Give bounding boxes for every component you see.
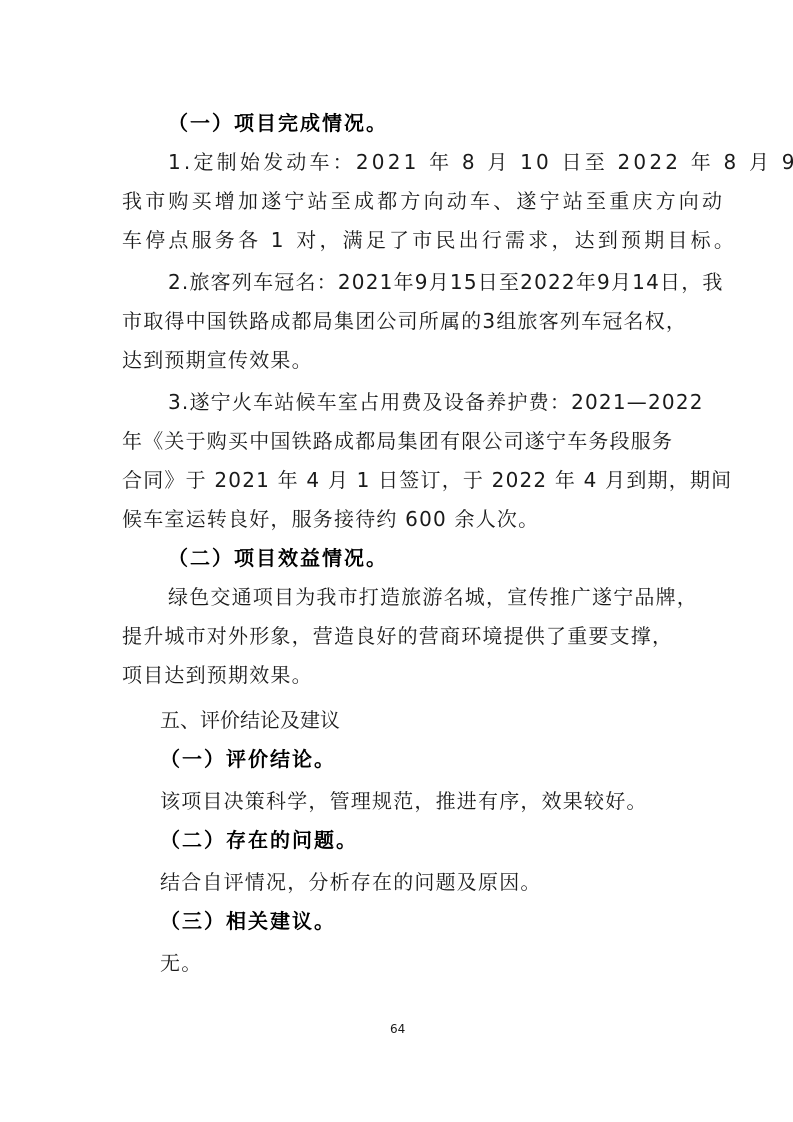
- heading-evaluation-conclusion: （一）评价结论。: [160, 747, 336, 771]
- heading-project-completion: （一）项目完成情况。: [168, 111, 388, 135]
- problems-text: 结合自评情况，分析存在的问题及原因。: [160, 870, 542, 894]
- item2-line3: 达到预期宣传效果。: [122, 348, 313, 372]
- item2-line1: 2.旅客列车冠名：2021年9月15日至2022年9月14日，我: [168, 270, 724, 294]
- item3-line1: 3.遂宁火车站候车室占用费及设备养护费：2021—2022: [168, 390, 704, 414]
- item3-line2: 年《关于购买中国铁路成都局集团有限公司遂宁车务段服务: [122, 429, 673, 453]
- benefit-line3: 项目达到预期效果。: [122, 663, 313, 687]
- heading-existing-problems: （二）存在的问题。: [160, 828, 358, 852]
- item2-line2: 市取得中国铁路成都局集团公司所属的3组旅客列车冠名权，: [122, 309, 687, 333]
- item1-line1: 1.定制始发动车：2021 年 8 月 10 日至 2022 年 8 月 9 日…: [168, 150, 793, 174]
- item3-line3: 合同》于 2021 年 4 月 1 日签订，于 2022 年 4 月到期，期间: [122, 468, 732, 492]
- item1-line2: 我市购买增加遂宁站至成都方向动车、遂宁站至重庆方向动: [122, 189, 725, 213]
- heading-project-benefit: （二）项目效益情况。: [168, 546, 388, 570]
- benefit-line1: 绿色交通项目为我市打造旅游名城，宣传推广遂宁品牌，: [168, 585, 698, 609]
- conclusion-text: 该项目决策科学，管理规范，推进有序，效果较好。: [160, 789, 648, 813]
- heading-related-suggestions: （三）相关建议。: [160, 909, 336, 933]
- page-number: 64: [390, 1022, 405, 1036]
- item1-line3: 车停点服务各 1 对，满足了市民出行需求，达到预期目标。: [122, 228, 737, 252]
- benefit-line2: 提升城市对外形象，营造良好的营商环境提供了重要支撑，: [122, 624, 673, 648]
- item3-line4: 候车室运转良好，服务接待约 600 余人次。: [122, 507, 539, 531]
- suggestions-text: 无。: [160, 951, 202, 975]
- heading-evaluation-conclusion-and-suggestions: 五、评价结论及建议: [160, 708, 340, 732]
